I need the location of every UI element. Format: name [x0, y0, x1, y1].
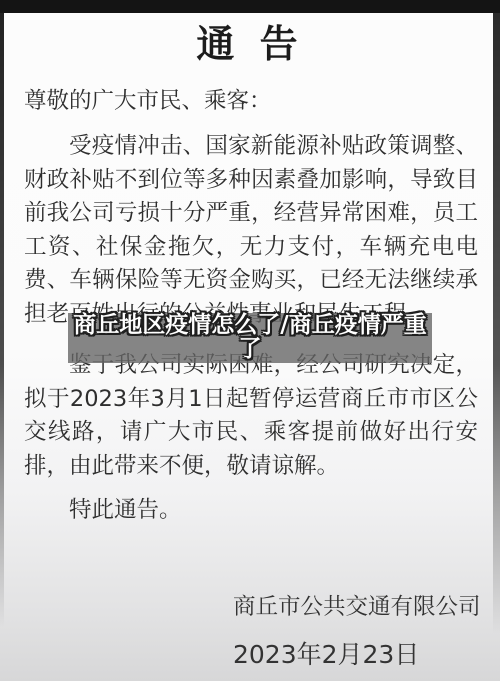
- top-letterbox-bar: [0, 0, 500, 13]
- notice-signature: 商丘市公共交通有限公司: [233, 592, 481, 622]
- notice-closing: 特此通告。: [24, 494, 478, 528]
- right-edge-shadow: [493, 13, 500, 653]
- notice-photo: 通 告 尊敬的广大市民、乘客： 受疫情冲击、国家新能源补贴政策调整、财政补贴不到…: [0, 0, 500, 681]
- notice-paragraph-2: 鉴于我公司实际困难，经公司研究决定，拟于2023年3月1日起暂停运营商丘市市区公…: [24, 349, 478, 483]
- notice-greeting: 尊敬的广大市民、乘客：: [24, 85, 272, 119]
- signature-block: 商丘市公共交通有限公司 2023年2月23日: [233, 592, 481, 672]
- caption-overlay-box: 商丘地区疫情怎么了/商丘疫情严重了: [68, 313, 432, 363]
- left-edge-shadow: [0, 13, 4, 653]
- caption-overlay-text: 商丘地区疫情怎么了/商丘疫情严重了: [68, 313, 432, 363]
- notice-title: 通 告: [0, 20, 500, 68]
- notice-date: 2023年2月23日: [233, 638, 481, 672]
- notice-paragraph-1: 受疫情冲击、国家新能源补贴政策调整、财政补贴不到位等多种因素叠加影响，导致目前我…: [24, 130, 478, 331]
